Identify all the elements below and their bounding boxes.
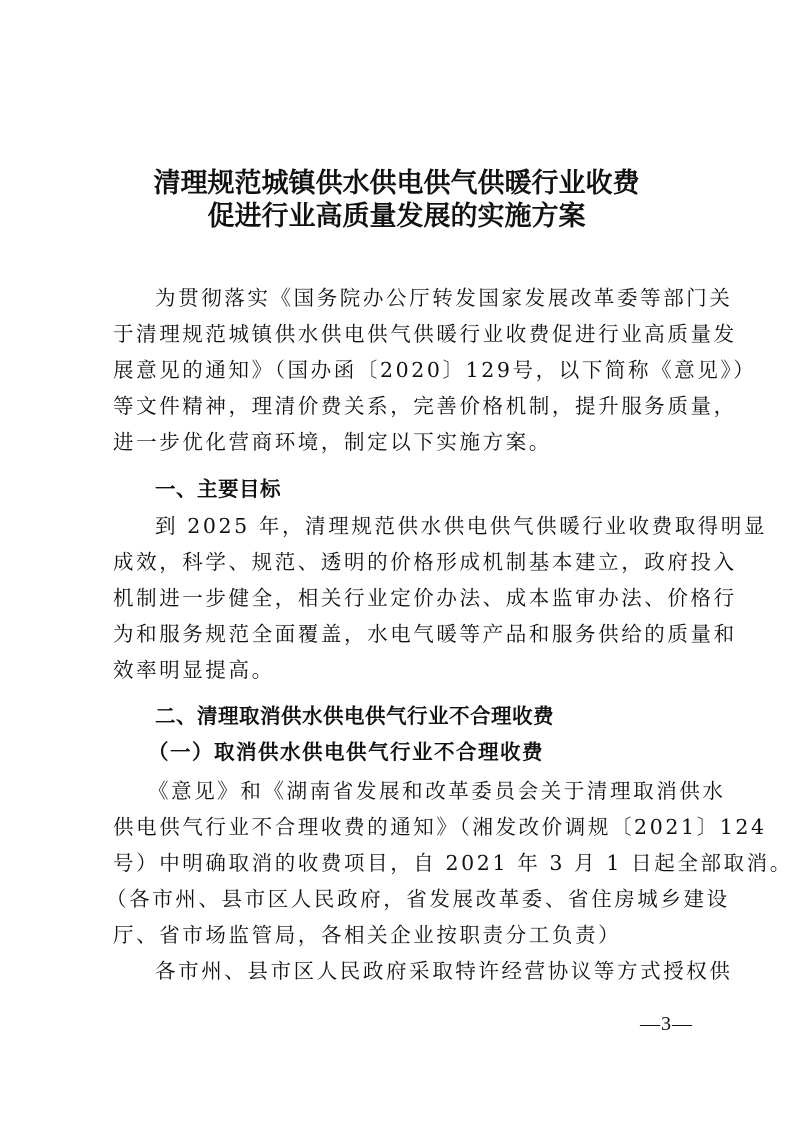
paragraph-line: 机制进一步健全，相关行业定价办法、成本监审办法、价格行 — [113, 583, 698, 613]
document-title-line-1: 清理规范城镇供水供电供气供暖行业收费 — [0, 168, 793, 200]
page-number: —3— — [640, 1013, 693, 1036]
paragraph-line: 各市州、县市区人民政府采取特许经营协议等方式授权供 — [155, 956, 700, 986]
paragraph-line: 等文件精神，理清价费关系，完善价格机制，提升服务质量， — [113, 391, 698, 421]
paragraph-line: 供电供气行业不合理收费的通知》（湘发改价调规〔2021〕124 — [113, 812, 698, 842]
paragraph-line: 为和服务规范全面覆盖，水电气暖等产品和服务供给的质量和 — [113, 619, 698, 649]
paragraph-line: 于清理规范城镇供水供电供气供暖行业收费促进行业高质量发 — [113, 319, 698, 349]
document-title-line-2: 促进行业高质量发展的实施方案 — [0, 201, 793, 233]
document-page: 清理规范城镇供水供电供气供暖行业收费 促进行业高质量发展的实施方案 为贯彻落实《… — [0, 0, 793, 1122]
section-heading-goals: 一、主要目标 — [155, 474, 700, 504]
paragraph-line: 《意见》和《湖南省发展和改革委员会关于清理取消供水 — [148, 776, 733, 806]
paragraph-line: 到 2025 年，清理规范供水供电供气供暖行业收费取得明显 — [155, 511, 700, 541]
subsection-heading: （一）取消供水供电供气行业不合理收费 — [148, 737, 733, 767]
paragraph-line: （各市州、县市区人民政府，省发展改革委、省住房城乡建设 — [106, 884, 691, 914]
section-heading-fees: 二、清理取消供水供电供气行业不合理收费 — [155, 701, 700, 731]
paragraph-line: 为贯彻落实《国务院办公厅转发国家发展改革委等部门关 — [155, 283, 700, 313]
paragraph-line: 效率明显提高。 — [113, 655, 698, 685]
paragraph-line: 成效，科学、规范、透明的价格形成机制基本建立，政府投入 — [113, 547, 698, 577]
paragraph-line: 号）中明确取消的收费项目，自 2021 年 3 月 1 日起全部取消。 — [113, 848, 698, 878]
paragraph-line: 进一步优化营商环境，制定以下实施方案。 — [113, 427, 698, 457]
paragraph-line: 厅、省市场监管局，各相关企业按职责分工负责） — [113, 920, 698, 950]
paragraph-line: 展意见的通知》（国办函〔2020〕129号，以下简称《意见》） — [113, 355, 698, 385]
